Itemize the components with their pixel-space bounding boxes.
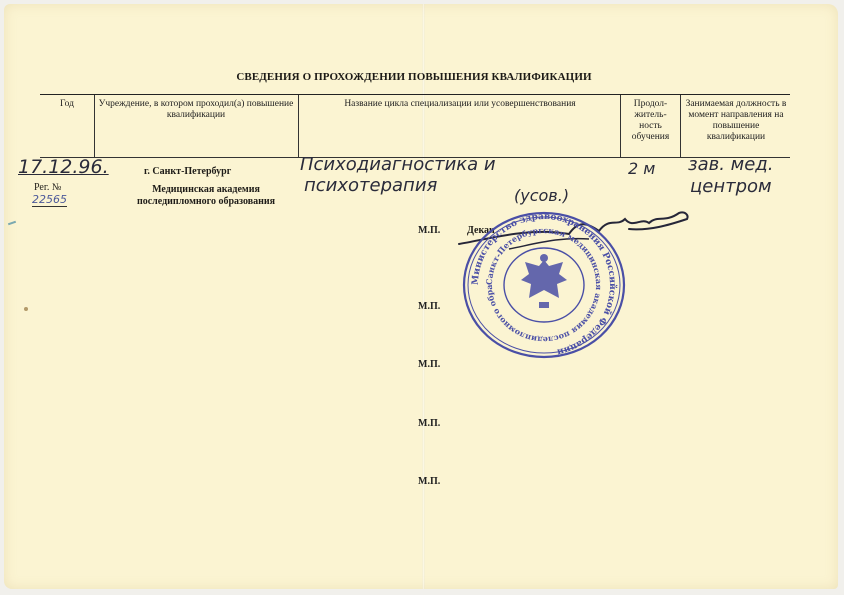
column-divider [298,95,299,157]
table-top-rule [40,94,790,95]
stamp-place-label: М.П. [418,225,440,236]
institution-city: г. Санкт-Петербург [144,166,231,178]
entry-year: 17.12.96. [18,156,109,178]
official-stamp: Министерство здравоохранения Российской … [459,210,629,360]
stamp-place-label: М.П. [418,476,440,487]
column-divider [620,95,621,157]
column-divider [680,95,681,157]
position-line-2: центром [690,176,772,197]
fold-crease [422,4,425,589]
position-line-1: зав. мед. [688,154,773,175]
cycle-line-2: психотерапия [304,175,437,196]
bleed-through-text [124,229,127,240]
stamp-place-label: М.П. [418,418,440,429]
column-header-position: Занимаемая должность в момент направлени… [684,99,788,143]
reg-number: 22565 [32,193,67,207]
entry-duration: 2 м [628,159,655,178]
paper-spot [24,307,28,311]
cycle-line-1: Психодиагностика и [300,154,496,175]
document-title: СВЕДЕНИЯ О ПРОХОЖДЕНИИ ПОВЫШЕНИЯ КВАЛИФИ… [234,71,594,83]
column-divider [94,95,95,157]
ink-mark [8,221,16,226]
column-header-duration: Продол-житель-ность обучения [623,99,678,143]
stamp-place-label: М.П. [418,359,440,370]
column-header-institution: Учреждение, в котором проходил(а) повыше… [98,99,294,121]
column-header-cycle: Название цикла специализации или усоверш… [302,99,618,110]
document-page: СВЕДЕНИЯ О ПРОХОЖДЕНИИ ПОВЫШЕНИЯ КВАЛИФИ… [4,4,838,589]
stamp-place-label: М.П. [418,301,440,312]
institution-name: Медицинская академия последипломного обр… [116,184,296,208]
column-header-year: Год [40,99,94,110]
